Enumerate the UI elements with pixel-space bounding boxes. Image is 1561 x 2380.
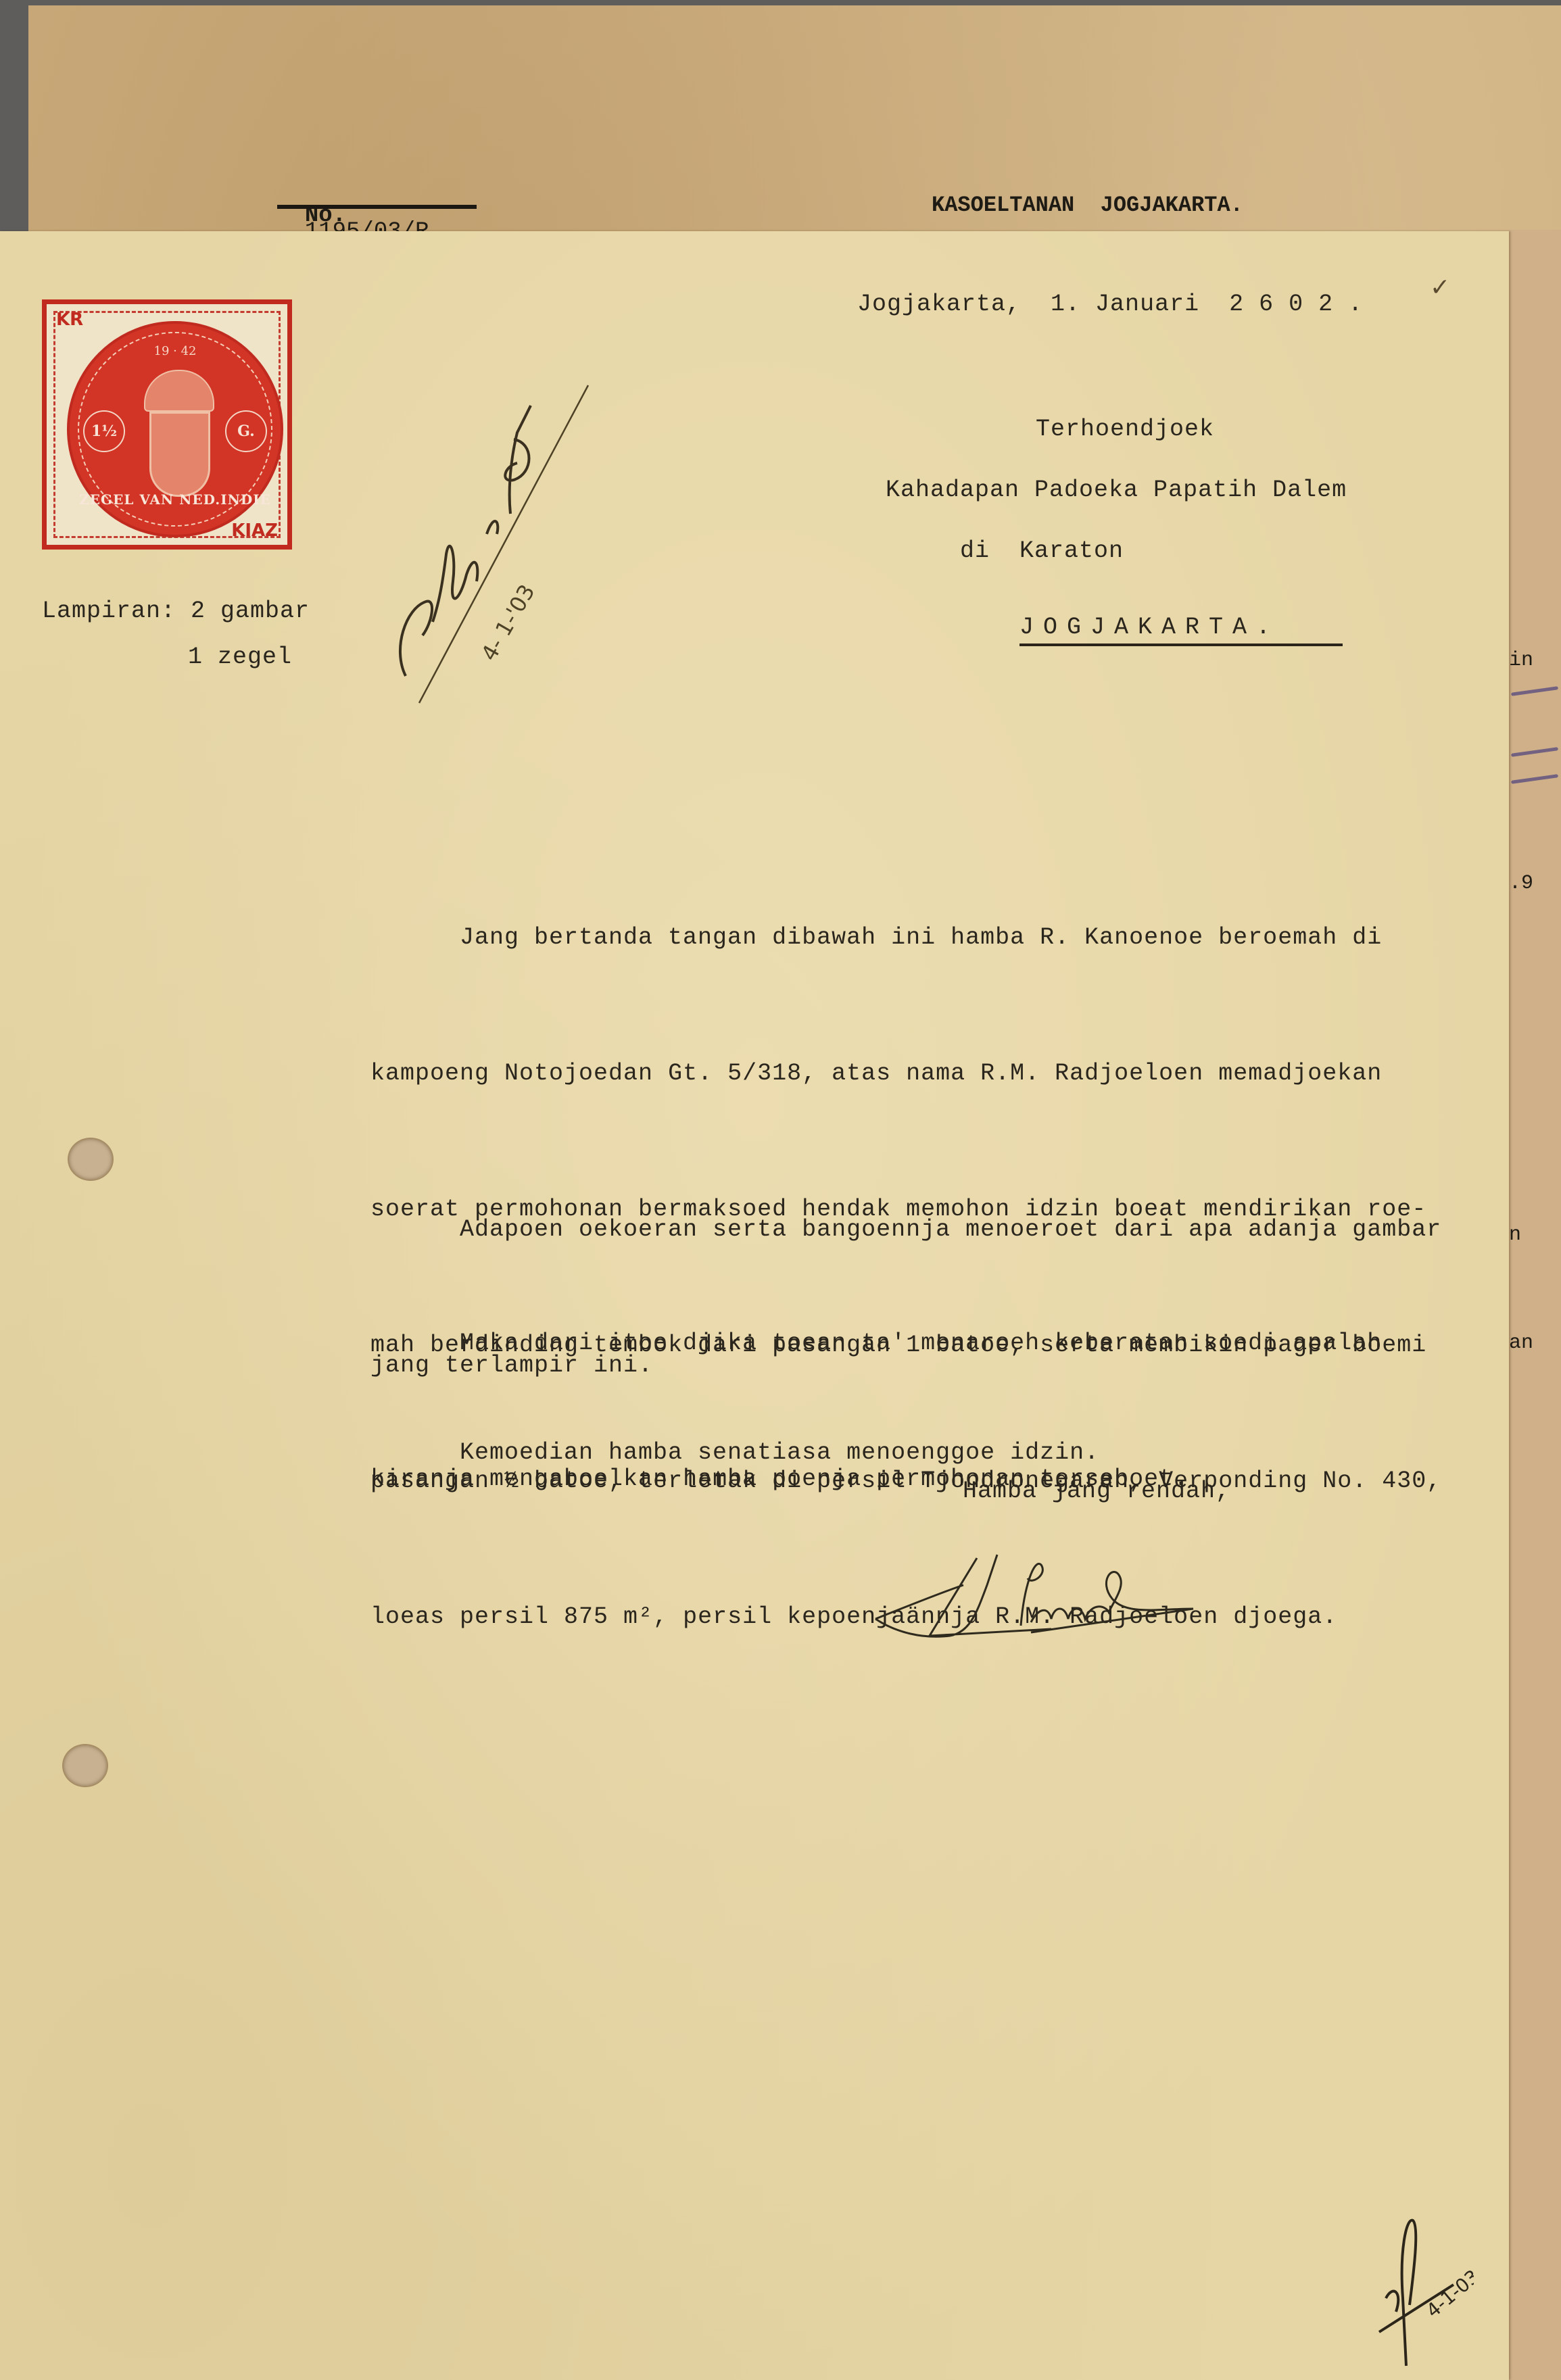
stamp-year: 19 · 42 <box>70 344 281 358</box>
edge-fragment: an <box>1509 1332 1533 1355</box>
addressee-line-3: di Karaton <box>960 537 1124 564</box>
stamp-border-text: KIAZ <box>231 520 278 541</box>
binder-hole <box>62 1744 108 1787</box>
coat-of-arms-icon <box>149 412 210 497</box>
signature <box>869 1545 1274 1639</box>
body-paragraph-4: Kemoedian hamba senatiasa menoenggoe idz… <box>370 1340 1466 1521</box>
body-line: Jang bertanda tangan dibawah ini hamba R… <box>370 915 1466 961</box>
stamp-value: 1½ <box>83 410 125 452</box>
office-heading: KASOELTANAN JOGJAKARTA. <box>932 193 1243 218</box>
initials-date: 4-1-03 <box>1422 2265 1474 2322</box>
handwritten-agenda-note: 4- 1-'03 <box>379 379 608 717</box>
stamp-seal: 19 · 42 1½ G. ZEGEL VAN NED.INDIE <box>67 321 283 537</box>
agenda-note-date: 4- 1-'03 <box>476 580 540 665</box>
binder-hole <box>68 1138 114 1181</box>
handwritten-initials: 4-1-03 <box>1366 2210 1474 2373</box>
reference-underline <box>277 205 477 209</box>
letter-date: Jogjakarta, 1. Januari 2 6 0 2 . <box>857 291 1363 318</box>
addressee-line-1: Terhoendjoek <box>1036 416 1214 443</box>
attachments-line-2: 1 zegel <box>188 643 292 671</box>
addressee-line-2: Kahadapan Padoeka Papatih Dalem <box>886 477 1347 504</box>
check-mark-icon: ✓ <box>1430 274 1450 301</box>
back-sheet-edge <box>1509 230 1561 2380</box>
addressee-city: JOGJAKARTA. <box>1019 614 1280 641</box>
stamp-currency: G. <box>225 410 267 452</box>
revenue-stamp: KR KIAZ 19 · 42 1½ G. ZEGEL VAN NED.INDI… <box>42 299 292 550</box>
stamp-legend: ZEGEL VAN NED.INDIE <box>70 491 281 508</box>
body-line: Kemoedian hamba senatiasa menoenggoe idz… <box>370 1430 1466 1476</box>
edge-fragment: n <box>1509 1223 1521 1246</box>
body-line: kampoeng Notojoedan Gt. 5/318, atas nama… <box>370 1051 1466 1096</box>
stamp-border-text: KR <box>56 310 83 330</box>
edge-fragment: .9 <box>1509 872 1533 895</box>
edge-fragment: in <box>1509 649 1533 672</box>
attachments-line-1: Lampiran: 2 gambar <box>42 598 310 625</box>
addressee-city-underline <box>1019 643 1343 646</box>
closing-phrase: Hamba jang rendah, <box>963 1478 1230 1505</box>
